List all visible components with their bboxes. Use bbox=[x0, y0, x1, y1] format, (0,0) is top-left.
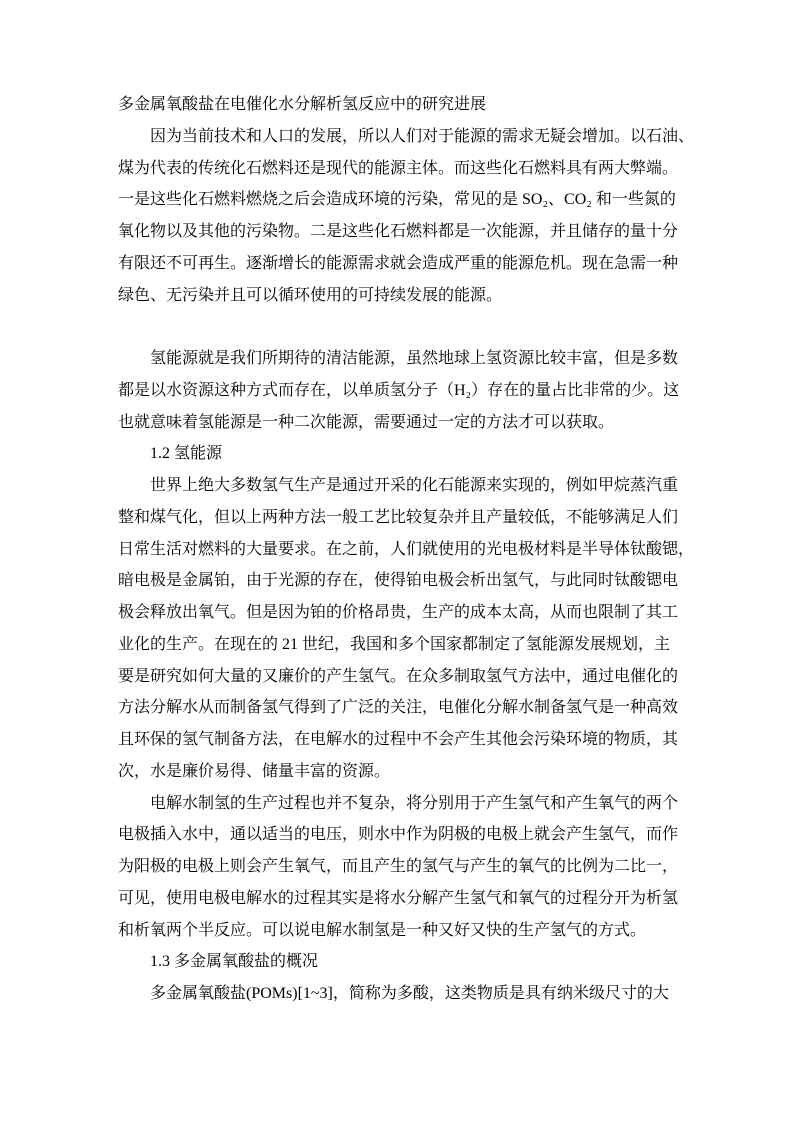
paragraph-line: 也就意味着氢能源是一种二次能源，需要通过一定的方法才可以获取。 bbox=[118, 407, 695, 439]
paragraph-line: 多金属氧酸盐(POMs)[1~3]，简称为多酸，这类物质是具有纳米级尺寸的大 bbox=[118, 978, 695, 1010]
paragraph-line: 暗电极是金属铂，由于光源的存在，使得铂电极会析出氢气，与此同时钛酸锶电 bbox=[118, 565, 695, 597]
section-heading: 1.2 氢能源 bbox=[118, 438, 695, 470]
paragraph-line: 日常生活对燃料的大量要求。在之前，人们就使用的光电极材料是半导体钛酸锶， bbox=[118, 534, 695, 566]
paragraph-line: 方法分解水从而制备氢气得到了广泛的关注，电催化分解水制备氢气是一种高效 bbox=[118, 692, 695, 724]
paragraph-line: 绿色、无污染并且可以循环使用的可持续发展的能源。 bbox=[118, 280, 695, 312]
paragraph-line: 一是这些化石燃料燃烧之后会造成环境的污染，常见的是 SO₂、CO₂ 和一些氮的 bbox=[118, 184, 695, 216]
paragraph-line: 次，水是廉价易得、储量丰富的资源。 bbox=[118, 756, 695, 788]
paragraph-line: 电极插入水中，通以适当的电压，则水中作为阴极的电极上就会产生氢气，而作 bbox=[118, 819, 695, 851]
paragraph-line: 氧化物以及其他的污染物。二是这些化石燃料都是一次能源，并且储存的量十分 bbox=[118, 216, 695, 248]
document-title: 多金属氧酸盐在电催化水分解析氢反应中的研究进展 bbox=[118, 89, 695, 121]
section-heading: 1.3 多金属氧酸盐的概况 bbox=[118, 946, 695, 978]
paragraph-line: 因为当前技术和人口的发展，所以人们对于能源的需求无疑会增加。以石油、 bbox=[118, 121, 695, 153]
paragraph-line: 煤为代表的传统化石燃料还是现代的能源主体。而这些化石燃料具有两大弊端。 bbox=[118, 153, 695, 185]
paragraph-line: 可见，使用电极电解水的过程其实是将水分解产生氢气和氧气的过程分开为析氢 bbox=[118, 883, 695, 915]
paragraph-line: 有限还不可再生。逐渐增长的能源需求就会造成严重的能源危机。现在急需一种 bbox=[118, 248, 695, 280]
paragraph-line: 极会释放出氧气。但是因为铂的价格昂贵，生产的成本太高，从而也限制了其工 bbox=[118, 597, 695, 629]
paragraph-line: 电解水制氢的生产过程也并不复杂，将分别用于产生氢气和产生氧气的两个 bbox=[118, 788, 695, 820]
paragraph-line: 世界上绝大多数氢气生产是通过开采的化石能源来实现的，例如甲烷蒸汽重 bbox=[118, 470, 695, 502]
document-page: 多金属氧酸盐在电催化水分解析氢反应中的研究进展 因为当前技术和人口的发展，所以人… bbox=[0, 0, 793, 1122]
document-body: 因为当前技术和人口的发展，所以人们对于能源的需求无疑会增加。以石油、煤为代表的传… bbox=[118, 121, 695, 1010]
paragraph-line: 和析氧两个半反应。可以说电解水制氢是一种又好又快的生产氢气的方式。 bbox=[118, 915, 695, 947]
blank-line bbox=[118, 311, 695, 343]
paragraph-line: 要是研究如何大量的又廉价的产生氢气。在众多制取氢气方法中，通过电催化的 bbox=[118, 661, 695, 693]
paragraph-line: 整和煤气化，但以上两种方法一般工艺比较复杂并且产量较低，不能够满足人们 bbox=[118, 502, 695, 534]
paragraph-line: 业化的生产。在现在的 21 世纪，我国和多个国家都制定了氢能源发展规划，主 bbox=[118, 629, 695, 661]
paragraph-line: 且环保的氢气制备方法，在电解水的过程中不会产生其他会污染环境的物质，其 bbox=[118, 724, 695, 756]
paragraph-line: 氢能源就是我们所期待的清洁能源，虽然地球上氢资源比较丰富，但是多数 bbox=[118, 343, 695, 375]
paragraph-line: 为阳极的电极上则会产生氧气，而且产生的氢气与产生的氧气的比例为二比一， bbox=[118, 851, 695, 883]
paragraph-line: 都是以水资源这种方式而存在，以单质氢分子（H₂）存在的量占比非常的少。这 bbox=[118, 375, 695, 407]
